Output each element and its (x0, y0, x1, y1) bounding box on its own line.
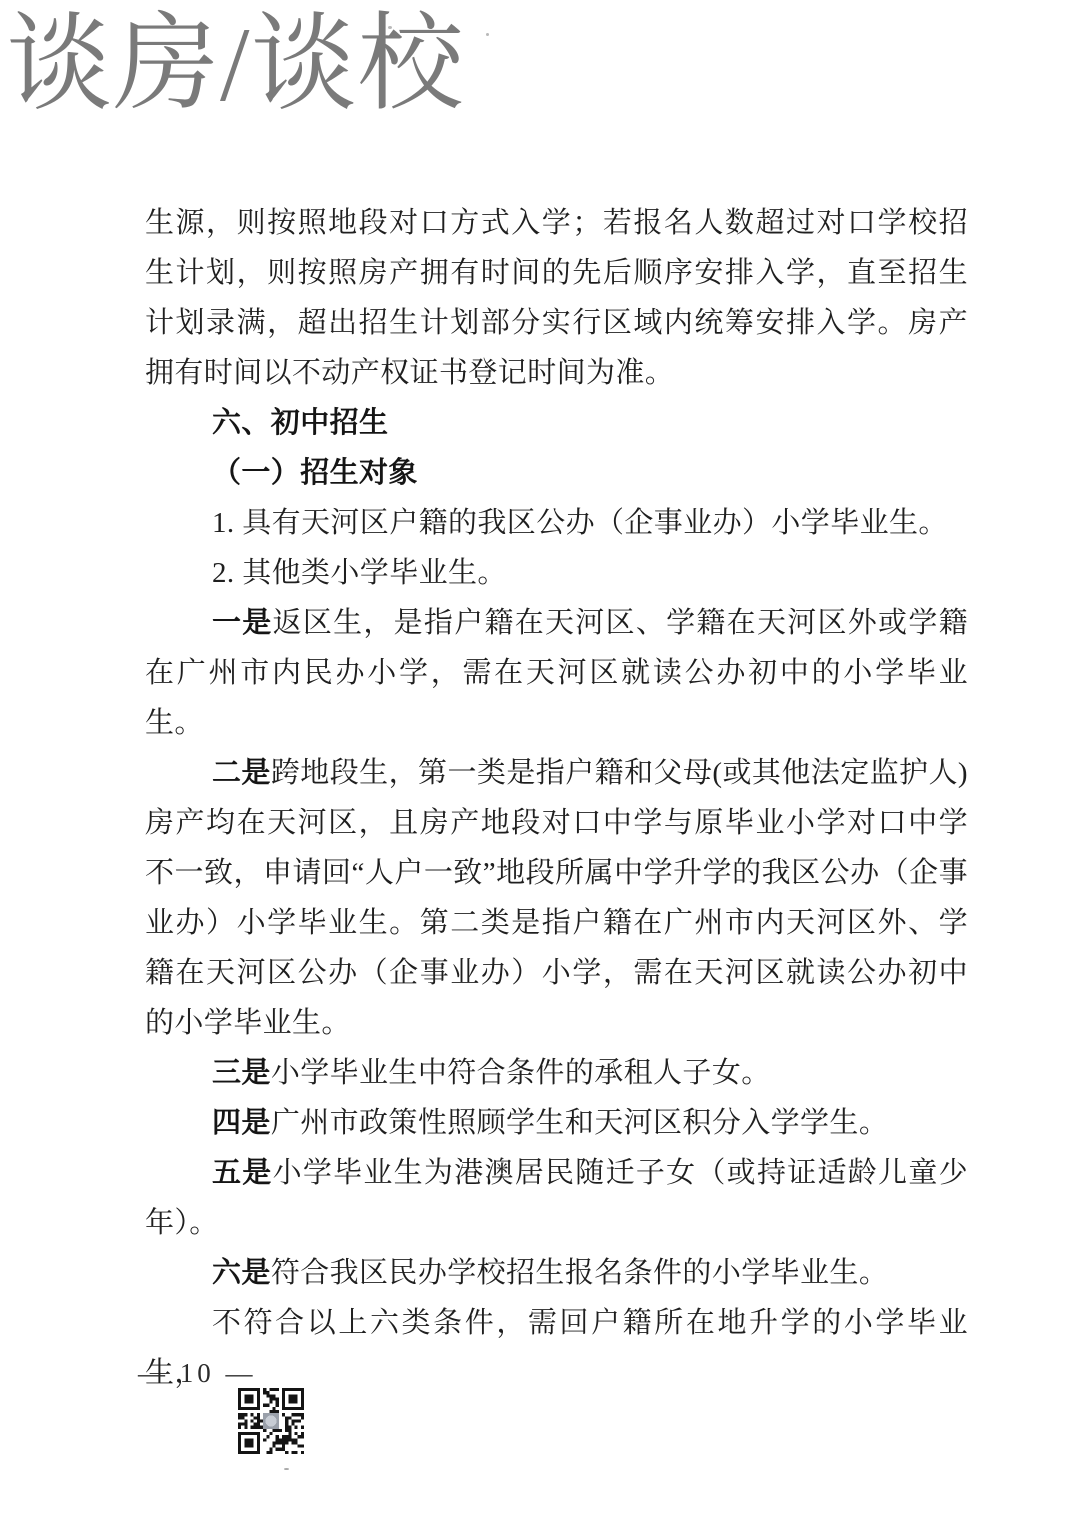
qr-code (238, 1388, 304, 1454)
category-lead-5: 五是 (212, 1157, 273, 1189)
category-text-6: 符合我区民办学校招生报名条件的小学毕业生。 (271, 1257, 888, 1289)
paragraph-closing: 不符合以上六类条件，需回户籍所在地升学的小学毕业生， (145, 1298, 968, 1398)
sub-heading: （一）招生对象 (145, 448, 968, 498)
category-text-4: 广州市政策性照顾学生和天河区积分入学学生。 (271, 1107, 888, 1139)
scan-speck (284, 1468, 289, 1470)
scanned-document-page: 谈房/谈校 生源，则按照地段对口方式入学；若报名人数超过对口学校招生计划，则按照… (0, 0, 1080, 1527)
scan-speck (486, 33, 489, 36)
category-text-2: 跨地段生，第一类是指户籍和父母(或其他法定监护人)房产均在天河区，且房产地段对口… (145, 757, 968, 1039)
section-heading: 六、初中招生 (145, 398, 968, 448)
category-paragraph-2: 二是跨地段生，第一类是指户籍和父母(或其他法定监护人)房产均在天河区，且房产地段… (145, 748, 968, 1048)
list-item-1: 1. 具有天河区户籍的我区公办（企事业办）小学毕业生。 (145, 498, 968, 548)
category-paragraph-6: 六是符合我区民办学校招生报名条件的小学毕业生。 (145, 1248, 968, 1298)
document-body: 生源，则按照地段对口方式入学；若报名人数超过对口学校招生计划，则按照房产拥有时间… (145, 198, 968, 1398)
category-lead-2: 二是 (212, 757, 271, 789)
category-paragraph-5: 五是小学毕业生为港澳居民随迁子女（或持证适龄儿童少年）。 (145, 1148, 968, 1248)
scan-speck (388, 26, 392, 29)
watermark-header: 谈房/谈校 (6, 0, 464, 130)
category-paragraph-1: 一是返区生，是指户籍在天河区、学籍在天河区外或学籍在广州市内民办小学，需在天河区… (145, 598, 968, 748)
category-lead-3: 三是 (212, 1057, 271, 1089)
category-lead-1: 一是 (212, 607, 273, 639)
category-text-3: 小学毕业生中符合条件的承租人子女。 (271, 1057, 771, 1089)
page-number: — 10 — (138, 1358, 257, 1389)
category-lead-4: 四是 (212, 1107, 271, 1139)
category-paragraph-3: 三是小学毕业生中符合条件的承租人子女。 (145, 1048, 968, 1098)
category-lead-6: 六是 (212, 1257, 271, 1289)
paragraph-continuation: 生源，则按照地段对口方式入学；若报名人数超过对口学校招生计划，则按照房产拥有时间… (145, 198, 968, 398)
list-item-2: 2. 其他类小学毕业生。 (145, 548, 968, 598)
category-paragraph-4: 四是广州市政策性照顾学生和天河区积分入学学生。 (145, 1098, 968, 1148)
